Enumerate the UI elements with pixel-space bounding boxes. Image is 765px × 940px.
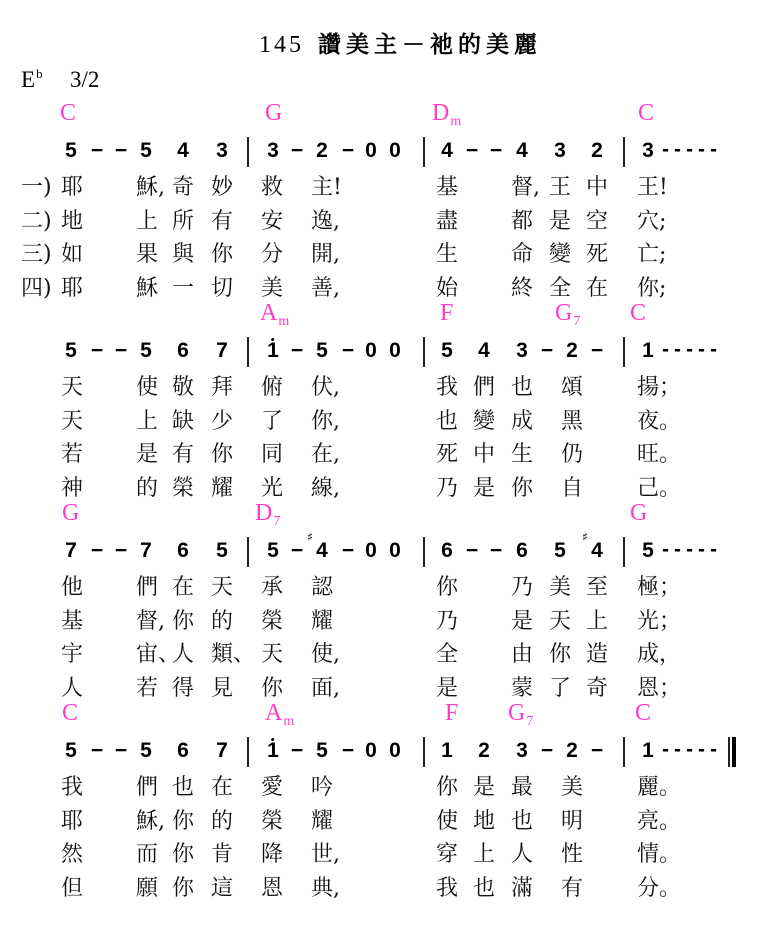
lyric-syllable: 是: [136, 442, 158, 468]
lyric-syllable: 伏,: [311, 375, 340, 401]
lyric-syllable: 天: [261, 642, 283, 668]
lyric-syllable: 但: [61, 876, 83, 902]
duration-dash: −: [91, 338, 103, 364]
dash-glyph: −: [591, 339, 603, 362]
lyric-syllable: 使: [436, 809, 458, 835]
note-value: 7: [140, 539, 152, 562]
dash-glyph: −: [291, 339, 303, 362]
lyric-syllable: 由: [511, 642, 533, 668]
chord-row: CAmFG7C: [0, 699, 765, 727]
duration-dash: −: [91, 538, 103, 564]
lyric-syllable: 耀: [311, 609, 333, 635]
lyric-syllable: 們: [136, 575, 158, 601]
duration-dash: −: [291, 538, 303, 564]
note: 4: [441, 138, 453, 164]
chord-root: A: [265, 700, 282, 726]
lyric-syllable: 你: [172, 809, 194, 835]
lyric-syllable: 基: [61, 609, 83, 635]
lyric-syllable: 揚；: [637, 375, 681, 401]
note: 2: [566, 338, 578, 364]
note-value: 7: [216, 739, 228, 762]
lyric-line: 一)耶穌,奇妙救主!基督,王中王!: [0, 175, 765, 201]
barline: [623, 737, 625, 767]
note: 7: [65, 538, 77, 564]
duration-dash: −: [91, 738, 103, 764]
lyric-syllable: 天: [211, 575, 233, 601]
lyric-syllable: 少: [211, 409, 233, 435]
lyric-syllable: 光；: [637, 609, 681, 635]
dash-glyph: −: [91, 139, 103, 162]
barline: [423, 137, 425, 167]
barline: [423, 737, 425, 767]
lyric-syllable: 在: [172, 575, 194, 601]
note-value: 0: [389, 339, 401, 362]
lyric-syllable: 降: [261, 842, 283, 868]
lyric-syllable: 類、: [211, 642, 255, 668]
lyric-syllable: 而: [136, 842, 158, 868]
dash-glyph: −: [490, 139, 502, 162]
lyric-syllable: 美: [561, 775, 583, 801]
lyric-syllable: 你: [172, 609, 194, 635]
lyric-syllable: 也: [172, 775, 194, 801]
lyric-syllable: 他: [61, 575, 83, 601]
lyric-syllable: 們: [473, 375, 495, 401]
lyric-syllable: 也: [436, 409, 458, 435]
lyric-syllable: 的: [211, 609, 233, 635]
lyric-syllable: 乃: [511, 575, 533, 601]
dash-glyph: −: [115, 539, 127, 562]
lyric-syllable: 若: [61, 442, 83, 468]
lyric-syllable: 成: [511, 409, 533, 435]
note-value: 2: [478, 739, 490, 762]
lyric-syllable: 你: [549, 642, 571, 668]
barline: [247, 137, 249, 167]
note-value: 0: [365, 539, 377, 562]
music-system: CGDmC5−−5433−2−004−−4323-----一)耶穌,奇妙救主!基…: [0, 100, 765, 300]
lyric-line: 天使敬拜俯伏,我們也頌揚；: [0, 375, 765, 401]
lyric-syllable: 肯: [211, 842, 233, 868]
lyric-syllable: 最: [511, 775, 533, 801]
lyric-syllable: 天: [61, 375, 83, 401]
lyric-syllable: 督,: [511, 175, 540, 201]
verse-number: 三): [21, 242, 52, 268]
duration-dash: −: [490, 538, 502, 564]
dash-glyph: −: [91, 539, 103, 562]
barline: [247, 337, 249, 367]
lyric-syllable: 同: [261, 442, 283, 468]
note-value: 5: [65, 739, 77, 762]
note: 1: [642, 738, 654, 764]
dash-glyph: −: [466, 539, 478, 562]
lyric-syllable: 滿: [511, 876, 533, 902]
lyric-syllable: 基: [436, 175, 458, 201]
chord-symbol: Am: [265, 699, 294, 731]
note: 3: [516, 738, 528, 764]
note-value: 5: [441, 339, 453, 362]
lyric-syllable: 開,: [311, 242, 340, 268]
lyric-syllable: 頌: [561, 375, 583, 401]
note: 4: [177, 138, 189, 164]
note: 6: [177, 338, 189, 364]
chord-symbol: F: [445, 699, 458, 730]
note-value: 1: [642, 739, 654, 762]
note: 0: [389, 138, 401, 164]
lyric-syllable: 拜: [211, 375, 233, 401]
dash-glyph: −: [541, 739, 553, 762]
note-value: 5: [65, 139, 77, 162]
note-value: 4: [441, 139, 453, 162]
lyric-syllable: 也: [473, 876, 495, 902]
barline: [247, 537, 249, 567]
lyric-syllable: 逸,: [311, 209, 340, 235]
dash-glyph: −: [291, 539, 303, 562]
lyric-syllable: 如: [61, 242, 83, 268]
lyric-syllable: 安: [261, 209, 283, 235]
lyric-syllable: 生: [436, 242, 458, 268]
lyric-syllable: 情。: [637, 842, 681, 868]
lyric-syllable: 耶: [61, 175, 83, 201]
lyric-syllable: 宇: [61, 642, 83, 668]
duration-dash: −: [342, 138, 354, 164]
dash-glyph: −: [541, 339, 553, 362]
lyric-line: 三)如果與你分開,生命變死亡;: [0, 242, 765, 268]
note: 1: [267, 338, 279, 364]
lyric-syllable: 愛: [261, 775, 283, 801]
note: 6: [441, 538, 453, 564]
lyric-syllable: 地: [473, 809, 495, 835]
note: 6: [177, 538, 189, 564]
chord-root: F: [445, 700, 458, 726]
chord-symbol: C: [62, 699, 78, 730]
note: 0: [365, 738, 377, 764]
chord-root: G: [265, 100, 282, 126]
lyric-line: 耶穌,你的榮耀使地也明亮。: [0, 809, 765, 835]
lyric-syllable: 亮。: [637, 809, 681, 835]
lyric-syllable: 是: [473, 775, 495, 801]
lyric-syllable: 也: [511, 375, 533, 401]
duration-dash: −: [115, 538, 127, 564]
chord-root: C: [62, 700, 78, 726]
chord-row: GD7G: [0, 499, 765, 527]
duration-dash: −: [541, 738, 553, 764]
note-value: 5: [642, 539, 654, 562]
held-note-dashes: -----: [662, 537, 722, 563]
note-value: 4: [591, 539, 603, 562]
chord-symbol: C: [638, 99, 654, 130]
note: 0: [365, 138, 377, 164]
barline: [423, 537, 425, 567]
notation-row: 5−−5671−5−00543−2−1-----: [0, 338, 765, 364]
lyric-syllable: 世,: [311, 842, 340, 868]
note-value: 6: [516, 539, 528, 562]
note-value: 0: [365, 339, 377, 362]
chord-symbol: D7: [255, 499, 280, 531]
chord-symbol: Am: [260, 299, 289, 331]
music-system: GD7G7−−7655−♯4−006−−65♯45-----他們在天承認你乃美至…: [0, 500, 765, 700]
sharp-icon: ♯: [307, 530, 313, 544]
note: 5: [65, 738, 77, 764]
chord-root: G: [62, 500, 79, 526]
note: 0: [389, 338, 401, 364]
note: 5: [642, 538, 654, 564]
lyric-syllable: 王: [549, 175, 571, 201]
dash-glyph: −: [342, 739, 354, 762]
lyric-syllable: 乃: [436, 609, 458, 635]
barline: [247, 737, 249, 767]
chord-root: C: [638, 100, 654, 126]
lyric-syllable: 死: [436, 442, 458, 468]
lyric-syllable: 願: [136, 876, 158, 902]
lyric-syllable: 在: [211, 775, 233, 801]
lyric-syllable: 果: [136, 242, 158, 268]
note-value: 3: [267, 139, 279, 162]
lyric-syllable: 你: [172, 876, 194, 902]
chord-quality: m: [283, 714, 294, 729]
lyric-syllable: 成，: [637, 642, 681, 668]
lyric-syllable: 極；: [637, 575, 681, 601]
lyric-syllable: 你,: [311, 409, 340, 435]
note: 6: [177, 738, 189, 764]
chord-symbol: G: [62, 499, 79, 530]
note: 1: [642, 338, 654, 364]
chord-symbol: G: [265, 99, 282, 130]
lyric-syllable: 吟: [311, 775, 333, 801]
verse-number: 二): [21, 209, 52, 235]
note: 7: [140, 538, 152, 564]
note-value: 1: [642, 339, 654, 362]
note-value: 4: [316, 539, 328, 562]
note: 5: [441, 338, 453, 364]
note-value: 4: [177, 139, 189, 162]
lyric-syllable: 是: [511, 609, 533, 635]
dash-glyph: −: [115, 739, 127, 762]
lyric-syllable: 你: [211, 242, 233, 268]
note-value: 3: [216, 139, 228, 162]
lyric-syllable: 地: [61, 209, 83, 235]
lyric-syllable: 性: [561, 842, 583, 868]
note: 3: [516, 338, 528, 364]
lyric-syllable: 人: [511, 842, 533, 868]
lyric-syllable: 了: [261, 409, 283, 435]
lyric-line: 宇宙、人類、天使,全由你造成，: [0, 642, 765, 668]
note-value: 5: [216, 539, 228, 562]
note: 6: [516, 538, 528, 564]
dash-glyph: −: [591, 739, 603, 762]
dash-glyph: −: [291, 739, 303, 762]
chord-root: G: [555, 300, 572, 326]
lyric-syllable: 認: [311, 575, 333, 601]
duration-dash: −: [115, 738, 127, 764]
duration-dash: −: [490, 138, 502, 164]
lyric-syllable: 天: [549, 609, 571, 635]
note-value: 1: [441, 739, 453, 762]
lyric-syllable: 仍: [561, 442, 583, 468]
lyric-syllable: 美: [549, 575, 571, 601]
chord-root: F: [440, 300, 453, 326]
chord-root: A: [260, 300, 277, 326]
dash-glyph: −: [342, 339, 354, 362]
note: 0: [365, 538, 377, 564]
duration-dash: −: [291, 338, 303, 364]
lyric-syllable: 妙: [211, 175, 233, 201]
lyric-syllable: 造: [586, 642, 608, 668]
lyric-syllable: 榮: [261, 809, 283, 835]
note: 3: [554, 138, 566, 164]
chord-quality: 7: [526, 714, 533, 729]
note-value: 4: [516, 139, 528, 162]
chord-symbol: C: [60, 99, 76, 130]
chord-symbol: C: [630, 299, 646, 330]
dash-glyph: −: [342, 539, 354, 562]
chord-root: C: [635, 700, 651, 726]
chord-root: C: [60, 100, 76, 126]
note: ♯4: [316, 538, 328, 564]
notation-row: 5−−5433−2−004−−4323-----: [0, 138, 765, 164]
note: 2: [566, 738, 578, 764]
lyric-syllable: 榮: [261, 609, 283, 635]
duration-dash: −: [342, 738, 354, 764]
lyric-syllable: 死: [586, 242, 608, 268]
lyric-syllable: 你: [436, 575, 458, 601]
barline: [623, 337, 625, 367]
chord-root: C: [630, 300, 646, 326]
lyric-line: 我們也在愛吟你是最美麗。: [0, 775, 765, 801]
lyric-syllable: 上: [136, 409, 158, 435]
note: 2: [478, 738, 490, 764]
final-barline-thick: [732, 737, 736, 767]
score: CGDmC5−−5433−2−004−−4323-----一)耶穌,奇妙救主!基…: [0, 0, 765, 940]
note-value: 6: [177, 339, 189, 362]
chord-row: CGDmC: [0, 99, 765, 127]
lyric-syllable: 穌,: [136, 809, 165, 835]
note-value: 3: [516, 739, 528, 762]
lyric-syllable: 上: [586, 609, 608, 635]
note: ♯4: [591, 538, 603, 564]
lyric-syllable: 耶: [61, 809, 83, 835]
chord-symbol: G7: [508, 699, 533, 731]
lyric-line: 天上缺少了你,也變成黑夜。: [0, 409, 765, 435]
note: 5: [65, 338, 77, 364]
final-barline-thin: [728, 737, 730, 767]
chord-root: D: [432, 100, 449, 126]
note-value: 5: [267, 539, 279, 562]
note: 0: [365, 338, 377, 364]
lyric-syllable: 然: [61, 842, 83, 868]
note: 1: [267, 738, 279, 764]
note: 5: [554, 538, 566, 564]
note: 7: [216, 738, 228, 764]
note-value: 5: [316, 739, 328, 762]
note: 5: [140, 738, 152, 764]
lyric-syllable: 中: [586, 175, 608, 201]
lyric-syllable: 我: [436, 876, 458, 902]
dash-glyph: −: [91, 339, 103, 362]
lyric-syllable: 耀: [311, 809, 333, 835]
note-value: 0: [365, 739, 377, 762]
chord-root: D: [255, 500, 272, 526]
note: 3: [267, 138, 279, 164]
lyric-syllable: 承: [261, 575, 283, 601]
lyric-line: 但願你這恩典,我也滿有分。: [0, 876, 765, 902]
lyric-syllable: 這: [211, 876, 233, 902]
lyric-syllable: 我: [61, 775, 83, 801]
duration-dash: −: [115, 138, 127, 164]
lyric-syllable: 生: [511, 442, 533, 468]
note-value: 5: [140, 339, 152, 362]
note-value: 6: [441, 539, 453, 562]
note: 2: [316, 138, 328, 164]
lyric-line: 若是有你同在,死中生仍旺。: [0, 442, 765, 468]
chord-symbol: G7: [555, 299, 580, 331]
note-value: 3: [516, 339, 528, 362]
chord-symbol: G: [630, 499, 647, 530]
lyric-syllable: 使: [136, 375, 158, 401]
lyric-syllable: 穴;: [637, 209, 666, 235]
lyric-syllable: 你: [211, 442, 233, 468]
lyric-syllable: 至: [586, 575, 608, 601]
dash-glyph: −: [342, 139, 354, 162]
dash-glyph: −: [91, 739, 103, 762]
duration-dash: −: [291, 738, 303, 764]
note: 4: [478, 338, 490, 364]
lyric-syllable: 麗。: [637, 775, 681, 801]
duration-dash: −: [91, 138, 103, 164]
lyric-syllable: 亡;: [637, 242, 666, 268]
notation-row: 7−−7655−♯4−006−−65♯45-----: [0, 538, 765, 564]
verse-number: 一): [21, 175, 52, 201]
lyric-syllable: 是: [549, 209, 571, 235]
lyric-syllable: 空: [586, 209, 608, 235]
chord-quality: m: [450, 114, 461, 129]
note-value: 2: [566, 739, 578, 762]
lyric-syllable: 與: [172, 242, 194, 268]
lyric-syllable: 奇: [172, 175, 194, 201]
notation-row: 5−−5671−5−00123−2−1-----: [0, 738, 765, 764]
lyric-syllable: 有: [561, 876, 583, 902]
lyric-syllable: 都: [511, 209, 533, 235]
lyric-syllable: 們: [136, 775, 158, 801]
note-value: 3: [642, 139, 654, 162]
lyric-syllable: 你: [172, 842, 194, 868]
dash-glyph: −: [490, 539, 502, 562]
note: 5: [140, 338, 152, 364]
hymn-sheet: 145讚美主－祂的美麗 Eb 3/2 CGDmC5−−5433−2−004−−4…: [0, 0, 765, 940]
note: 5: [316, 338, 328, 364]
note-value: 1: [267, 739, 279, 762]
note: 4: [516, 138, 528, 164]
note: 0: [389, 538, 401, 564]
lyric-syllable: 你: [436, 775, 458, 801]
chord-symbol: F: [440, 299, 453, 330]
note: 5: [216, 538, 228, 564]
chord-quality: 7: [273, 514, 280, 529]
chord-root: G: [630, 500, 647, 526]
chord-root: G: [508, 700, 525, 726]
note-value: 3: [554, 139, 566, 162]
note-value: 2: [591, 139, 603, 162]
note-value: 1: [267, 339, 279, 362]
barline: [423, 337, 425, 367]
note: 3: [642, 138, 654, 164]
note: 3: [216, 138, 228, 164]
dash-glyph: −: [115, 339, 127, 362]
lyric-syllable: 穌,: [136, 175, 165, 201]
barline: [623, 137, 625, 167]
note-value: 7: [65, 539, 77, 562]
lyric-syllable: 使,: [311, 642, 340, 668]
lyric-syllable: 我: [436, 375, 458, 401]
duration-dash: −: [291, 138, 303, 164]
